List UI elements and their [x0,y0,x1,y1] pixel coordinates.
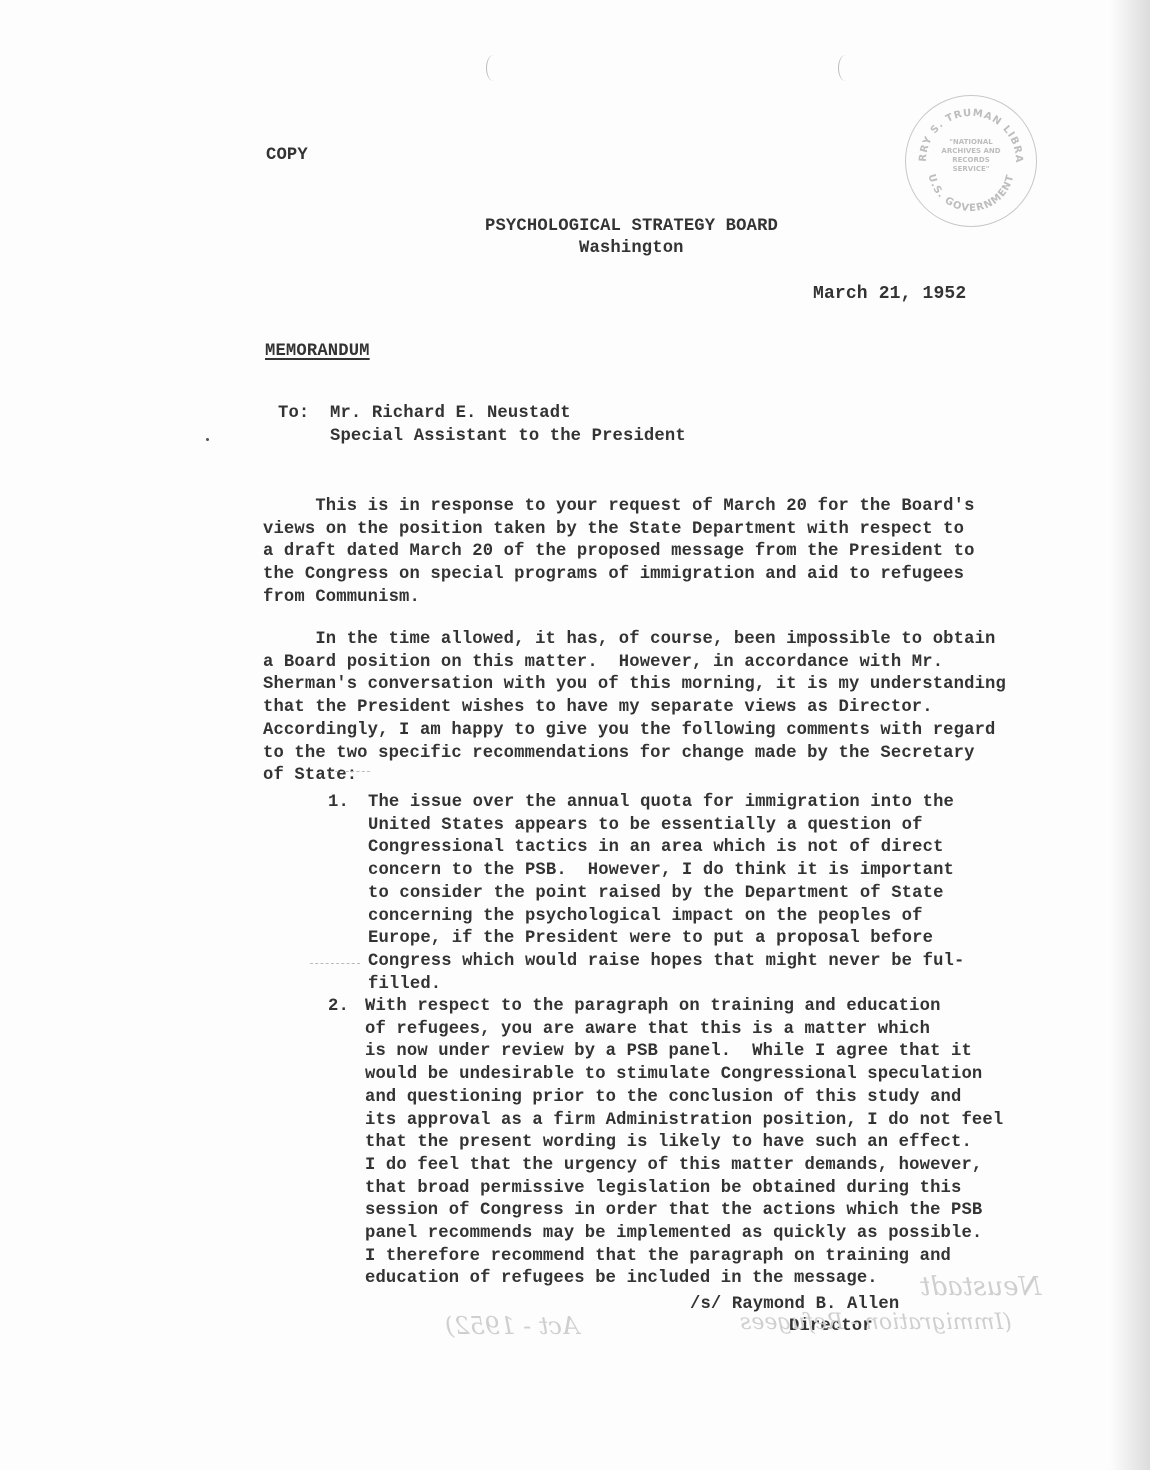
text-line: a Board position on this matter. However… [263,652,1006,675]
text-line: United States appears to be essentially … [368,815,964,838]
text-line: I therefore recommend that the paragraph… [365,1246,1003,1269]
text-line: that the present wording is likely to ha… [365,1132,1003,1155]
memo-page: HARRY S. TRUMAN LIBRARY U.S. GOVERNMENT … [0,0,1150,1470]
margin-dash-mark [330,771,370,772]
paragraph-2: In the time allowed, it has, of course, … [263,629,1006,788]
text-line: views on the position taken by the State… [263,519,975,542]
to-label: To: [278,403,309,426]
copy-label: COPY [266,145,308,168]
text-line: Congressional tactics in an area which i… [368,837,964,860]
stamp-line: ARCHIVES AND [936,147,1006,156]
text-line: education of refugees be included in the… [365,1268,1003,1291]
text-line: would be undesirable to stimulate Congre… [365,1064,1003,1087]
text-line: a draft dated March 20 of the proposed m… [263,541,975,564]
memo-type-heading: MEMORANDUM [265,341,370,364]
recipient-name: Mr. Richard E. Neustadt [330,403,571,426]
text-line: is now under review by a PSB panel. Whil… [365,1041,1003,1064]
svg-text:U.S. GOVERNMENT: U.S. GOVERNMENT [925,173,1016,214]
text-line: The issue over the annual quota for immi… [368,792,964,815]
text-line: This is in response to your request of M… [263,496,975,519]
letterhead-city: Washington [579,238,684,261]
archive-stamp: HARRY S. TRUMAN LIBRARY U.S. GOVERNMENT … [905,95,1037,227]
text-line: filled. [368,974,964,997]
text-line: I do feel that the urgency of this matte… [365,1155,1003,1178]
paragraph-1: This is in response to your request of M… [263,496,975,610]
item-2-text: With respect to the paragraph on trainin… [365,996,1003,1291]
text-line: from Communism. [263,587,975,610]
stamp-line: "NATIONAL [936,138,1006,147]
text-line: concerning the psychological impact on t… [368,906,964,929]
item-1-text: The issue over the annual quota for immi… [368,792,964,996]
text-line: of State: [263,765,1006,788]
text-line: concern to the PSB. However, I do think … [368,860,964,883]
recipient-title: Special Assistant to the President [330,426,686,449]
page-edge-shadow [1110,0,1150,1470]
margin-dash-mark [310,963,360,964]
paper-speck [206,438,209,441]
bleed-through-handwriting-subject: (Immigration - Refugees [740,1310,1012,1335]
text-line: its approval as a firm Administration po… [365,1110,1003,1133]
text-line: session of Congress in order that the ac… [365,1200,1003,1223]
text-line: In the time allowed, it has, of course, … [263,629,1006,652]
text-line: to consider the point raised by the Depa… [368,883,964,906]
text-line: panel recommends may be implemented as q… [365,1223,1003,1246]
text-line: the Congress on special programs of immi… [263,564,975,587]
text-line: that broad permissive legislation be obt… [365,1178,1003,1201]
memo-date: March 21, 1952 [813,283,966,306]
bleed-through-handwriting-act: Act - 1952) [445,1312,579,1340]
text-line: With respect to the paragraph on trainin… [365,996,1003,1019]
punch-hole-mark-left [486,55,501,81]
text-line: to the two specific recommendations for … [263,743,1006,766]
item-1-number: 1. [328,792,349,815]
stamp-line: RECORDS [936,156,1006,165]
text-line: and questioning prior to the conclusion … [365,1087,1003,1110]
stamp-center-text: "NATIONAL ARCHIVES AND RECORDS SERVICE" [936,138,1006,174]
text-line: Sherman's conversation with you of this … [263,674,1006,697]
stamp-line: SERVICE" [936,165,1006,174]
bleed-through-handwriting-name: Neustadt [920,1272,1041,1302]
letterhead-org: PSYCHOLOGICAL STRATEGY BOARD [485,216,778,239]
text-line: Accordingly, I am happy to give you the … [263,720,1006,743]
text-line: of refugees, you are aware that this is … [365,1019,1003,1042]
item-2-number: 2. [328,996,349,1019]
text-line: Europe, if the President were to put a p… [368,928,964,951]
text-line: that the President wishes to have my sep… [263,697,1006,720]
punch-hole-mark-right [838,55,853,81]
text-line: Congress which would raise hopes that mi… [368,951,964,974]
